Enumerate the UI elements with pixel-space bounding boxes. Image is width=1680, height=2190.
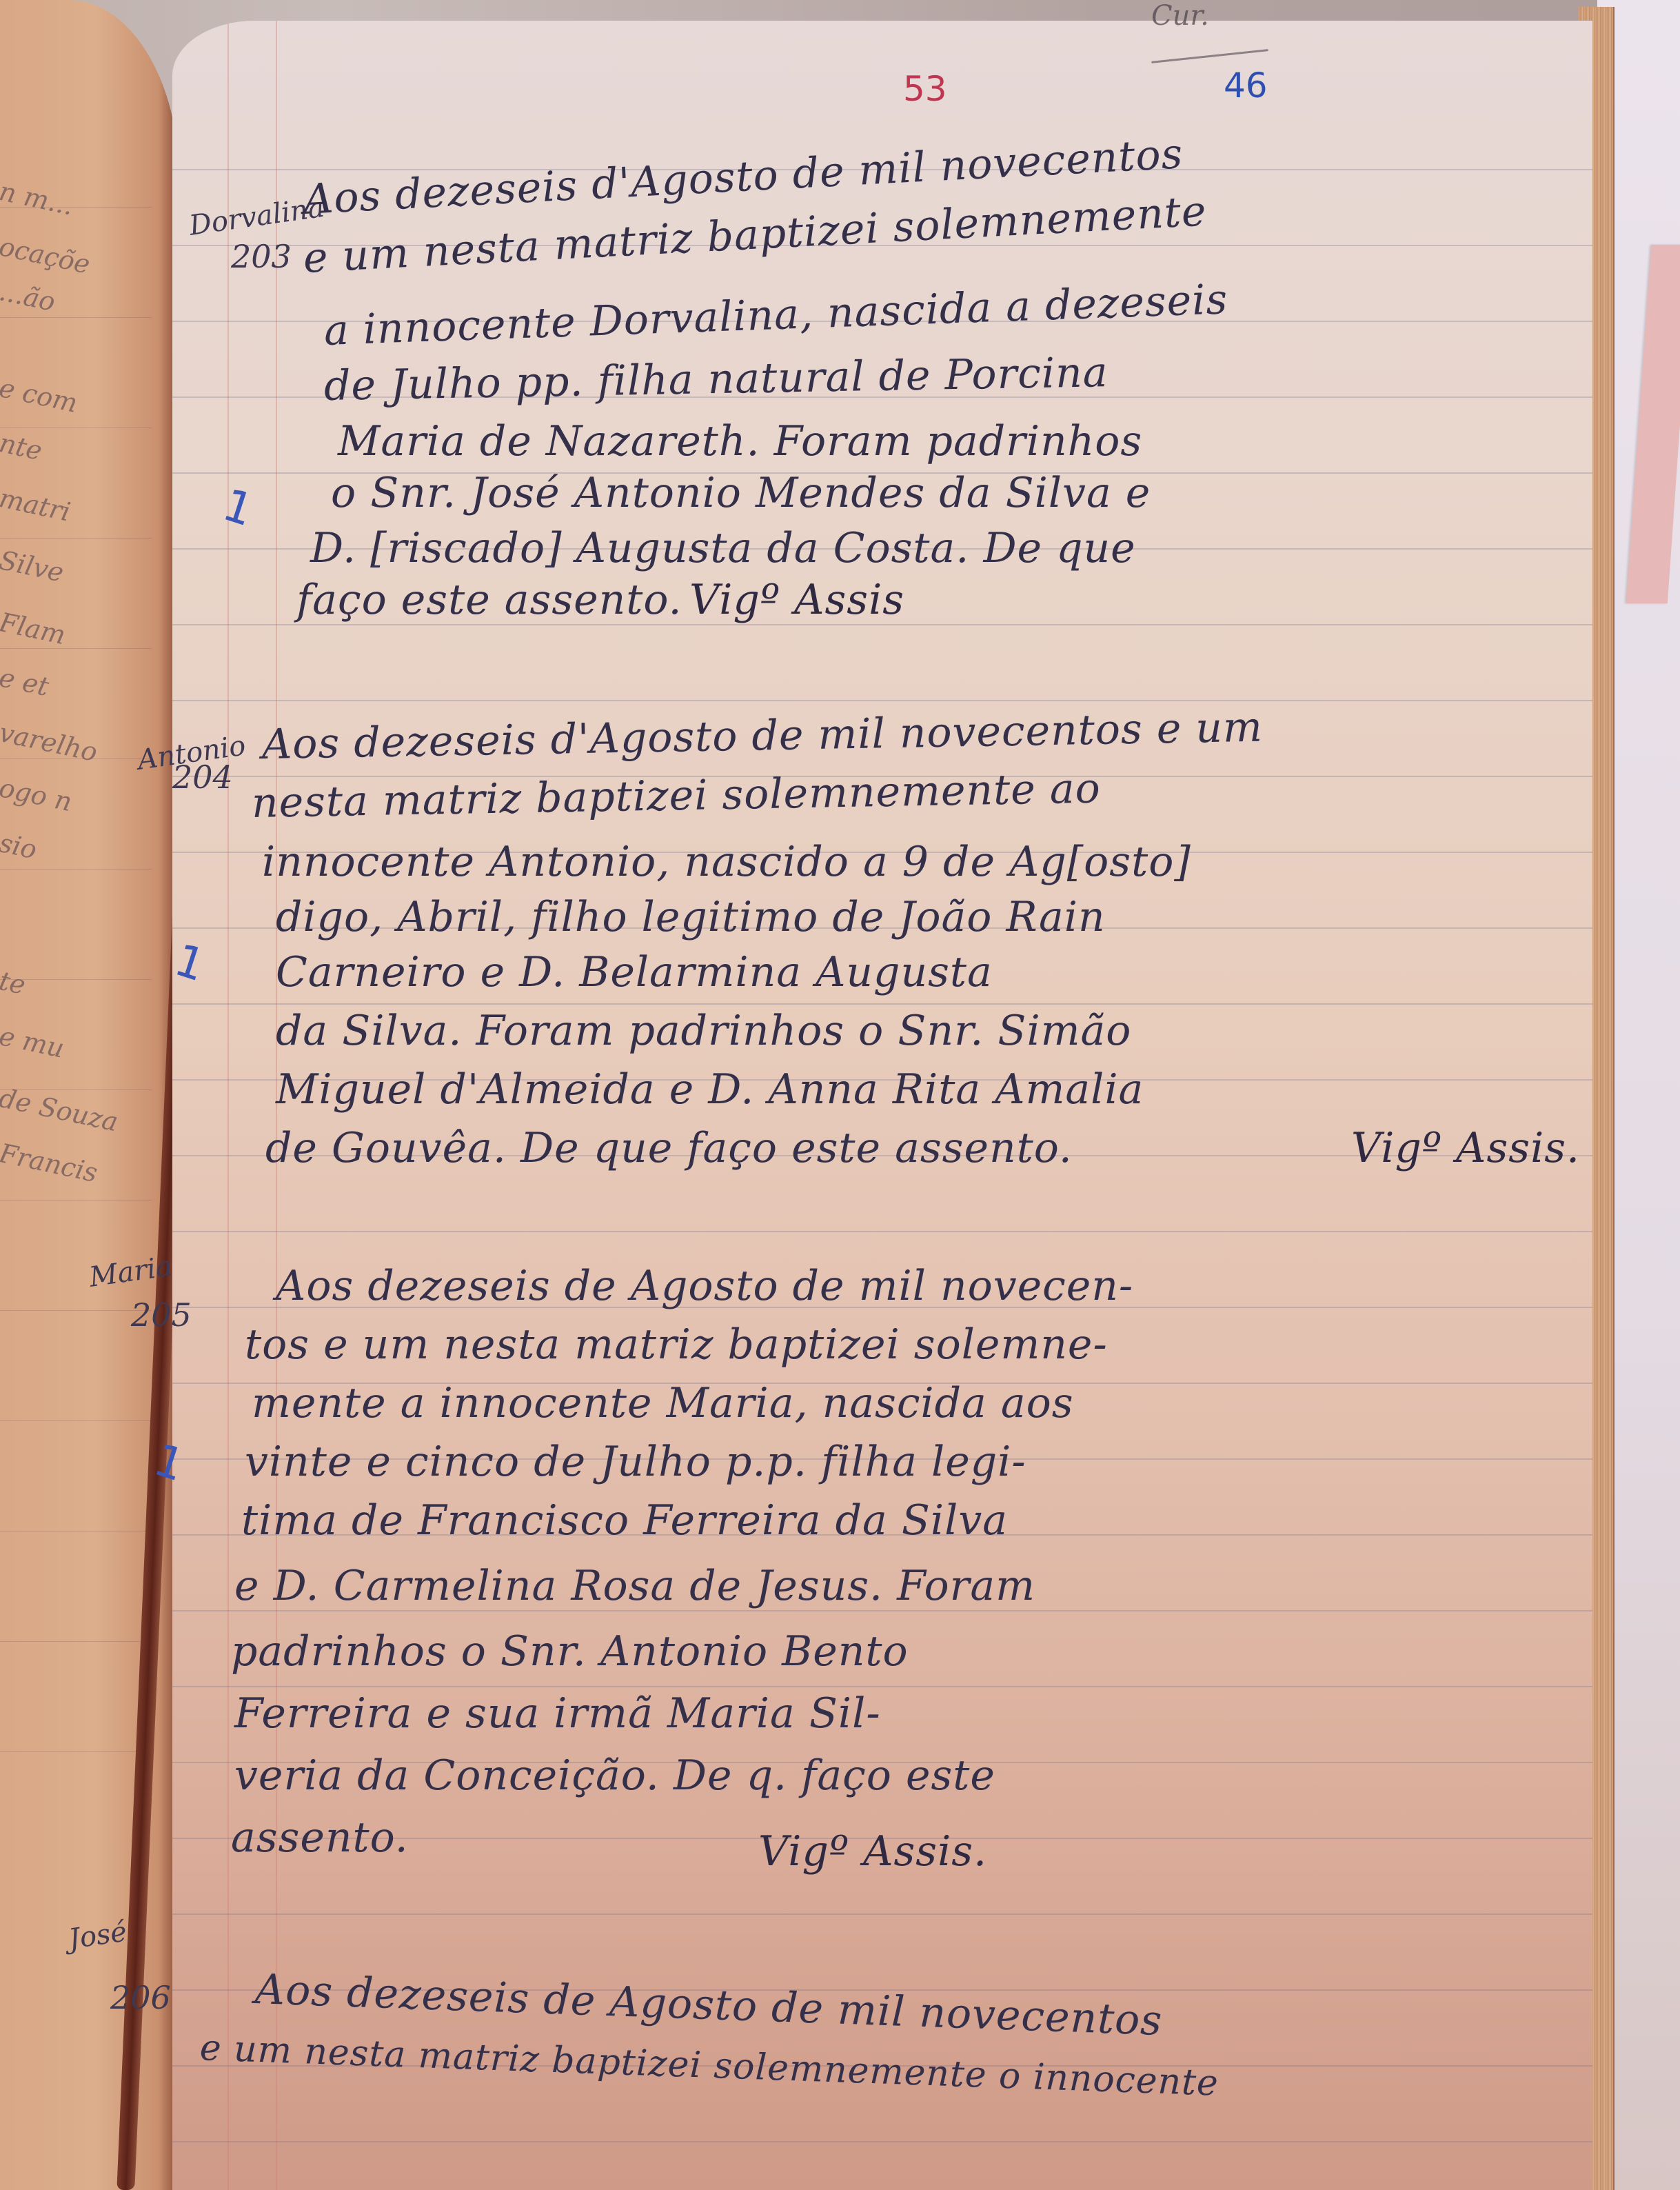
entry-text-line: e D. Carmelina Rosa de Jesus. Foram <box>234 1562 1035 1610</box>
page-number-red: 53 <box>903 69 947 109</box>
ruled-line <box>172 1610 1592 1611</box>
ruled-line <box>0 1420 152 1421</box>
left-page-text: e mu <box>0 1021 67 1064</box>
signature: Vigº Assis. <box>1351 1124 1580 1172</box>
entry-text-line: o Snr. José Antonio Mendes da Silva e <box>331 469 1151 517</box>
left-page-text: n m... <box>0 176 76 221</box>
margin-rule <box>227 21 229 2190</box>
entry-text-line: mente a innocente Maria, nascida aos <box>252 1379 1074 1427</box>
ruled-line <box>0 1751 152 1752</box>
left-page-text: Francis <box>0 1138 100 1188</box>
ruled-line <box>172 1231 1592 1232</box>
ruled-line <box>0 648 152 649</box>
ruled-line <box>172 2141 1592 2142</box>
entry-text-line: padrinhos o Snr. Antonio Bento <box>231 1627 909 1676</box>
entry-number: 205 <box>131 1296 192 1334</box>
entry-number: 204 <box>172 759 233 796</box>
entry-text-line: Carneiro e D. Belarmina Augusta <box>276 948 993 996</box>
entry-text-line: de Gouvêa. De que faço este assento. <box>265 1124 1073 1172</box>
ruled-line <box>172 1003 1592 1005</box>
entry-text-line: Aos dezeseis de Agosto de mil novecen- <box>276 1262 1133 1310</box>
ruled-line <box>0 1641 152 1642</box>
ruled-line <box>172 1913 1592 1915</box>
page-number-blue: 46 <box>1224 66 1268 106</box>
left-page-text: te <box>0 965 28 1001</box>
left-page-text: e com <box>0 372 80 419</box>
left-page-text: matri <box>0 483 73 528</box>
entry-number: 203 <box>231 238 292 275</box>
left-page-text: nte <box>0 428 45 466</box>
left-page-text: de Souza <box>0 1083 121 1137</box>
ruled-line <box>172 1686 1592 1687</box>
top-annotation: Cur. <box>1151 0 1209 32</box>
entry-text-line: Miguel d'Almeida e D. Anna Rita Amalia <box>276 1065 1144 1114</box>
signature: Vigº Assis. <box>758 1827 987 1876</box>
entry-text-line: vinte e cinco de Julho p.p. filha legi- <box>245 1438 1026 1486</box>
left-page-text: e et <box>0 662 52 702</box>
left-page: n m... ocaçõe ...ão e com nte matri Silv… <box>0 0 179 2190</box>
ruled-line <box>0 1200 152 1201</box>
entry-text-line: Maria de Nazareth. Foram padrinhos <box>338 417 1142 465</box>
left-page-text: ogo n <box>0 772 74 817</box>
left-page-text: Silve <box>0 545 66 588</box>
ruled-line <box>172 700 1592 701</box>
entry-text-line: veria da Conceição. De q. faço este <box>234 1751 995 1800</box>
ruled-line <box>0 538 152 539</box>
entry-text-line: innocente Antonio, nascido a 9 de Ag[ost… <box>262 838 1191 886</box>
entry-text-line: tos e um nesta matriz baptizei solemne- <box>245 1320 1108 1369</box>
ruled-line <box>0 1310 152 1311</box>
entry-text-line: da Silva. Foram padrinhos o Snr. Simão <box>276 1007 1131 1055</box>
ruled-line <box>172 624 1592 625</box>
left-page-text: sio <box>0 827 39 865</box>
entry-text-line: tima de Francisco Ferreira da Silva <box>241 1496 1008 1545</box>
ruled-line <box>0 1531 152 1531</box>
entry-text-line: faço este assento. <box>296 576 682 624</box>
ruled-line <box>0 317 152 318</box>
signature: Vigº Assis <box>689 576 904 624</box>
left-page-text: ocaçõe <box>0 231 93 280</box>
entry-number: 206 <box>110 1979 171 2016</box>
entry-text-line: assento. <box>231 1814 409 1862</box>
entry-text-line: Ferreira e sua irmã Maria Sil- <box>234 1689 881 1738</box>
ruled-line <box>0 869 152 870</box>
left-page-text: varelho <box>0 717 100 767</box>
ruled-line <box>0 428 152 428</box>
left-page-text: ...ão <box>0 276 58 317</box>
entry-text-line: digo, Abril, filho legitimo de João Rain <box>276 893 1106 941</box>
entry-text-line: D. [riscado] Augusta da Costa. De que <box>310 524 1136 572</box>
left-page-text: Flam <box>0 607 68 650</box>
